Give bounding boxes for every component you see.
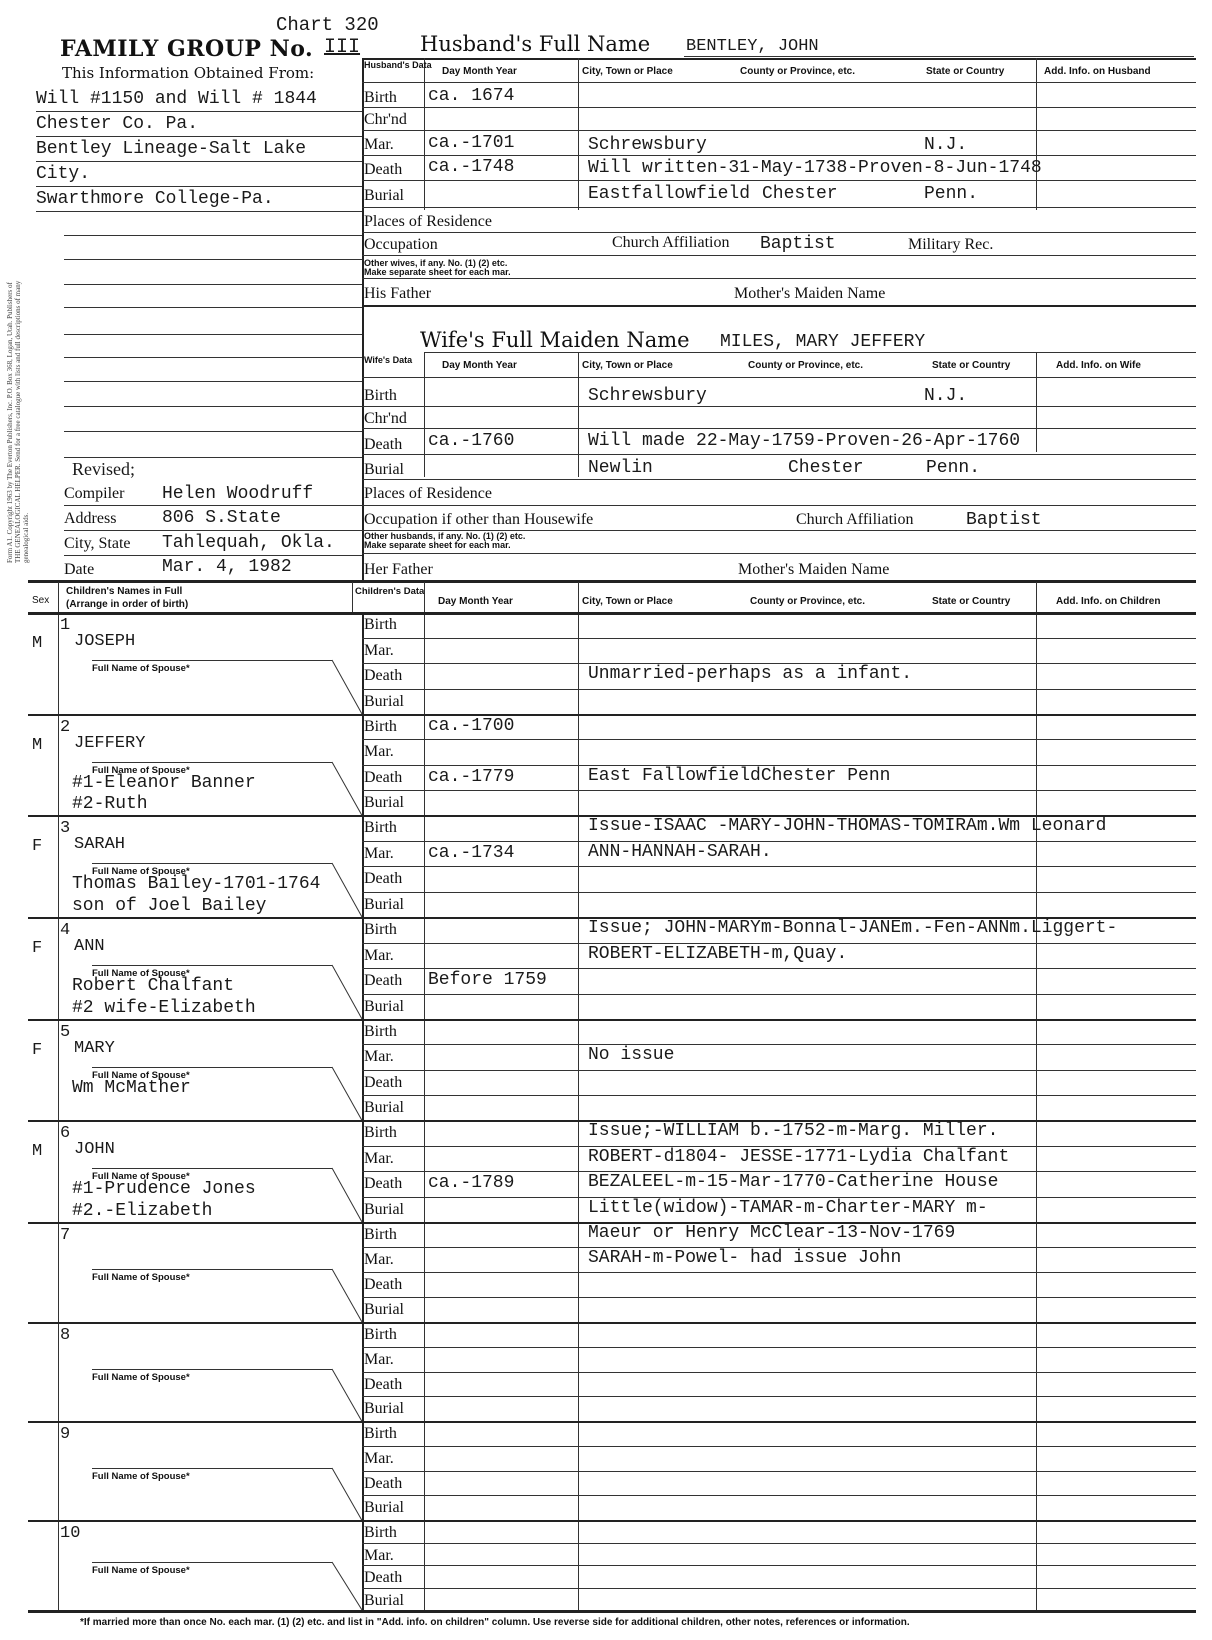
- sources-label: This Information Obtained From:: [62, 64, 314, 82]
- child-note-line: Issue;-WILLIAM b.-1752-m-Marg. Miller.: [588, 1121, 998, 1141]
- state-header: State or Country: [932, 596, 1010, 607]
- spouse-name: #2 wife-Elizabeth: [72, 998, 256, 1018]
- child-note-line: Unmarried-perhaps as a infant.: [588, 664, 912, 684]
- husband-death-note: Will written-31-May-1738-Proven-8-Jun-17…: [588, 158, 1042, 178]
- spouse-label: Full Name of Spouse*: [92, 1565, 190, 1576]
- child-note-line: ROBERT-d1804- JESSE-1771-Lydia Chalfant: [588, 1147, 1009, 1167]
- child-death-label: Death: [364, 1475, 402, 1493]
- source-line: Swarthmore College-Pa.: [36, 189, 274, 209]
- wife-birth-state: N.J.: [924, 386, 967, 406]
- child-name: JEFFERY: [74, 734, 145, 753]
- child-burial-label: Burial: [364, 1592, 404, 1610]
- wife-church-value: Baptist: [966, 510, 1042, 530]
- husband-burial-state: Penn.: [924, 184, 978, 204]
- husband-mar-state: N.J.: [924, 135, 967, 155]
- spouse-name: Robert Chalfant: [72, 976, 234, 996]
- child-note-line: No issue: [588, 1045, 674, 1065]
- husbands-data-header: Husband's Data: [364, 61, 432, 70]
- city-header: City, Town or Place: [582, 596, 673, 607]
- child-mar-label: Mar.: [364, 845, 394, 863]
- spouse-label: Full Name of Spouse*: [92, 1372, 190, 1383]
- wife-chrnd-label: Chr'nd: [364, 410, 407, 428]
- wife-death-date: ca.-1760: [428, 431, 514, 451]
- address-value: 806 S.State: [162, 508, 281, 528]
- child-mar-label: Mar.: [364, 1150, 394, 1168]
- copyright-notice: Form A1. Copyright 1963 by The Everton P…: [6, 273, 30, 563]
- child-note-line: Issue; JOHN-MARYm-Bonnal-JANEm.-Fen-ANNm…: [588, 918, 1117, 938]
- footer-note: *If married more than once No. each mar.…: [80, 1617, 910, 1628]
- child-note-line: BEZALEEL-m-15-Mar-1770-Catherine House: [588, 1172, 998, 1192]
- wife-burial-state: Penn.: [926, 458, 980, 478]
- child-number: 2: [60, 718, 70, 737]
- dmy-header: Day Month Year: [442, 66, 517, 77]
- city-state-label: City, State: [64, 535, 131, 553]
- child-death-label: Death: [364, 667, 402, 685]
- address-label: Address: [64, 510, 116, 528]
- form-title: FAMILY GROUP No.: [60, 36, 313, 62]
- her-father-label: Her Father: [364, 561, 433, 579]
- his-mother-label: Mother's Maiden Name: [734, 285, 885, 303]
- state-header: State or Country: [932, 360, 1010, 371]
- child-burial-label: Burial: [364, 896, 404, 914]
- spouse-label: Full Name of Spouse*: [92, 1471, 190, 1482]
- child-note-line: SARAH-m-Powel- had issue John: [588, 1248, 901, 1268]
- other-husbands-label: Other husbands, if any. No. (1) (2) etc.…: [364, 532, 525, 550]
- husband-church-label: Church Affiliation: [612, 234, 729, 252]
- child-mar-label: Mar.: [364, 743, 394, 761]
- wife-burial-place: Newlin: [588, 458, 653, 478]
- source-line: Bentley Lineage-Salt Lake: [36, 139, 306, 159]
- wife-name-label: Wife's Full Maiden Name: [420, 328, 690, 352]
- child-burial-label: Burial: [364, 1400, 404, 1418]
- spouse-label: Full Name of Spouse*: [92, 663, 190, 674]
- dmy-header: Day Month Year: [438, 596, 513, 607]
- child-mar-label: Mar.: [364, 642, 394, 660]
- wife-birth-label: Birth: [364, 387, 397, 405]
- husband-occupation-label: Occupation: [364, 236, 438, 254]
- wifes-data-header: Wife's Data: [364, 356, 412, 365]
- his-father-label: His Father: [364, 285, 431, 303]
- sex-header: Sex: [32, 595, 49, 606]
- spouse-name: Thomas Bailey-1701-1764: [72, 874, 320, 894]
- city-header: City, Town or Place: [582, 66, 673, 77]
- child-death-label: Death: [364, 1074, 402, 1092]
- child-name: JOHN: [74, 1140, 115, 1159]
- husband-residence-label: Places of Residence: [364, 213, 492, 231]
- city-state-value: Tahlequah, Okla.: [162, 533, 335, 553]
- add-info-husband-header: Add. Info. on Husband: [1044, 66, 1151, 77]
- city-header: City, Town or Place: [582, 360, 673, 371]
- child-mar-label: Mar.: [364, 1450, 394, 1468]
- wife-death-note: Will made 22-May-1759-Proven-26-Apr-1760: [588, 431, 1020, 451]
- child-number: 5: [60, 1023, 70, 1042]
- children-names-subheader: (Arrange in order of birth): [66, 599, 188, 610]
- child-number: 10: [60, 1524, 80, 1543]
- husband-church-value: Baptist: [760, 234, 836, 254]
- child-sex: F: [32, 837, 42, 856]
- dmy-header: Day Month Year: [442, 360, 517, 371]
- family-group-number: III: [324, 36, 360, 59]
- spouse-name: Wm McMather: [72, 1078, 191, 1098]
- child-burial-label: Burial: [364, 1201, 404, 1219]
- child-death-label: Death: [364, 1376, 402, 1394]
- child-death-label: Death: [364, 769, 402, 787]
- child-birth-label: Birth: [364, 1524, 397, 1542]
- other-wives-label: Other wives, if any. No. (1) (2) etc.Mak…: [364, 259, 511, 277]
- child-mar-label: Mar.: [364, 1048, 394, 1066]
- husband-burial-place: Eastfallowfield: [588, 184, 750, 204]
- child-burial-label: Burial: [364, 1099, 404, 1117]
- wife-residence-label: Places of Residence: [364, 485, 492, 503]
- child-death-label: Death: [364, 972, 402, 990]
- compiler-value: Helen Woodruff: [162, 484, 313, 504]
- wife-death-label: Death: [364, 436, 402, 454]
- child-name: ANN: [74, 937, 105, 956]
- child-birth-label: Birth: [364, 1023, 397, 1041]
- child-death-label: Death: [364, 1276, 402, 1294]
- childrens-data-header: Children's Data: [355, 587, 424, 596]
- her-mother-label: Mother's Maiden Name: [738, 561, 889, 579]
- spouse-name: #2-Ruth: [72, 794, 148, 814]
- wife-burial-label: Burial: [364, 461, 404, 479]
- source-line: City.: [36, 164, 90, 184]
- child-number: 1: [60, 616, 70, 635]
- husband-burial-county: Chester: [762, 184, 838, 204]
- child-sex: M: [32, 736, 42, 755]
- spouse-name: #1-Prudence Jones: [72, 1179, 256, 1199]
- husband-mar-date: ca.-1701: [428, 133, 514, 153]
- date-label: Date: [64, 561, 94, 579]
- child-number: 7: [60, 1226, 70, 1245]
- husband-burial-label: Burial: [364, 187, 404, 205]
- child-death-date: ca.-1789: [428, 1173, 514, 1193]
- child-birth-label: Birth: [364, 1326, 397, 1344]
- add-info-children-header: Add. Info. on Children: [1056, 596, 1160, 607]
- children-names-header: Children's Names in Full: [66, 586, 182, 597]
- wife-church-label: Church Affiliation: [796, 511, 913, 529]
- revised-label: Revised;: [72, 459, 135, 480]
- date-value: Mar. 4, 1982: [162, 557, 292, 577]
- child-note-line: Little(widow)-TAMAR-m-Charter-MARY m-: [588, 1198, 988, 1218]
- child-note-line: Issue-ISAAC -MARY-JOHN-THOMAS-TOMIRAm.Wm…: [588, 816, 1106, 836]
- husband-birth-date: ca. 1674: [428, 86, 514, 106]
- wife-name: MILES, MARY JEFFERY: [720, 332, 925, 352]
- child-birth-label: Birth: [364, 819, 397, 837]
- child-note-line: ROBERT-ELIZABETH-m,Quay.: [588, 944, 847, 964]
- child-birth-label: Birth: [364, 1124, 397, 1142]
- child-sex: F: [32, 939, 42, 958]
- child-sex: M: [32, 634, 42, 653]
- child-birth-date: ca.-1700: [428, 716, 514, 736]
- child-number: 6: [60, 1124, 70, 1143]
- child-mar-date: ca.-1734: [428, 843, 514, 863]
- child-birth-label: Birth: [364, 718, 397, 736]
- state-header: State or Country: [926, 66, 1004, 77]
- child-number: 4: [60, 921, 70, 940]
- child-burial-label: Burial: [364, 794, 404, 812]
- child-note-line: East FallowfieldChester Penn: [588, 766, 890, 786]
- child-death-label: Death: [364, 870, 402, 888]
- husband-chrnd-label: Chr'nd: [364, 111, 407, 129]
- county-header: County or Province, etc.: [750, 596, 865, 607]
- child-name: JOSEPH: [74, 632, 135, 651]
- child-birth-label: Birth: [364, 1425, 397, 1443]
- add-info-wife-header: Add. Info. on Wife: [1056, 360, 1141, 371]
- child-birth-label: Birth: [364, 1226, 397, 1244]
- county-header: County or Province, etc.: [740, 66, 855, 77]
- husband-birth-label: Birth: [364, 89, 397, 107]
- child-burial-label: Burial: [364, 1301, 404, 1319]
- wife-birth-place: Schrewsbury: [588, 386, 707, 406]
- spouse-name: #1-Eleanor Banner: [72, 773, 256, 793]
- child-mar-label: Mar.: [364, 947, 394, 965]
- chart-number: Chart 320: [276, 14, 379, 36]
- spouse-name: #2.-Elizabeth: [72, 1201, 212, 1221]
- child-note-line: ANN-HANNAH-SARAH.: [588, 842, 772, 862]
- husband-mar-place: Schrewsbury: [588, 135, 707, 155]
- spouse-name: son of Joel Bailey: [72, 896, 266, 916]
- husband-name-label: Husband's Full Name: [420, 32, 650, 56]
- child-birth-label: Birth: [364, 616, 397, 634]
- husband-death-label: Death: [364, 161, 402, 179]
- child-death-label: Death: [364, 1175, 402, 1193]
- child-death-date: Before 1759: [428, 970, 547, 990]
- child-name: SARAH: [74, 835, 125, 854]
- wife-burial-county: Chester: [788, 458, 864, 478]
- child-note-line: Maeur or Henry McClear-13-Nov-1769: [588, 1223, 955, 1243]
- child-burial-label: Burial: [364, 693, 404, 711]
- county-header: County or Province, etc.: [748, 360, 863, 371]
- child-mar-label: Mar.: [364, 1251, 394, 1269]
- child-mar-label: Mar.: [364, 1351, 394, 1369]
- child-sex: M: [32, 1142, 42, 1161]
- husband-name: BENTLEY, JOHN: [686, 37, 819, 56]
- husband-military-label: Military Rec.: [908, 236, 993, 254]
- child-name: MARY: [74, 1039, 115, 1058]
- source-line: Will #1150 and Will # 1844: [36, 89, 317, 109]
- husband-mar-label: Mar.: [364, 136, 394, 154]
- source-line: Chester Co. Pa.: [36, 114, 198, 134]
- child-number: 9: [60, 1425, 70, 1444]
- wife-occupation-label: Occupation if other than Housewife: [364, 511, 593, 529]
- spouse-label: Full Name of Spouse*: [92, 1272, 190, 1283]
- child-mar-label: Mar.: [364, 1547, 394, 1565]
- child-birth-label: Birth: [364, 921, 397, 939]
- compiler-label: Compiler: [64, 485, 124, 503]
- child-burial-label: Burial: [364, 1499, 404, 1517]
- child-number: 3: [60, 819, 70, 838]
- child-death-date: ca.-1779: [428, 767, 514, 787]
- child-number: 8: [60, 1326, 70, 1345]
- child-burial-label: Burial: [364, 998, 404, 1016]
- child-death-label: Death: [364, 1569, 402, 1587]
- husband-death-date: ca.-1748: [428, 157, 514, 177]
- child-sex: F: [32, 1041, 42, 1060]
